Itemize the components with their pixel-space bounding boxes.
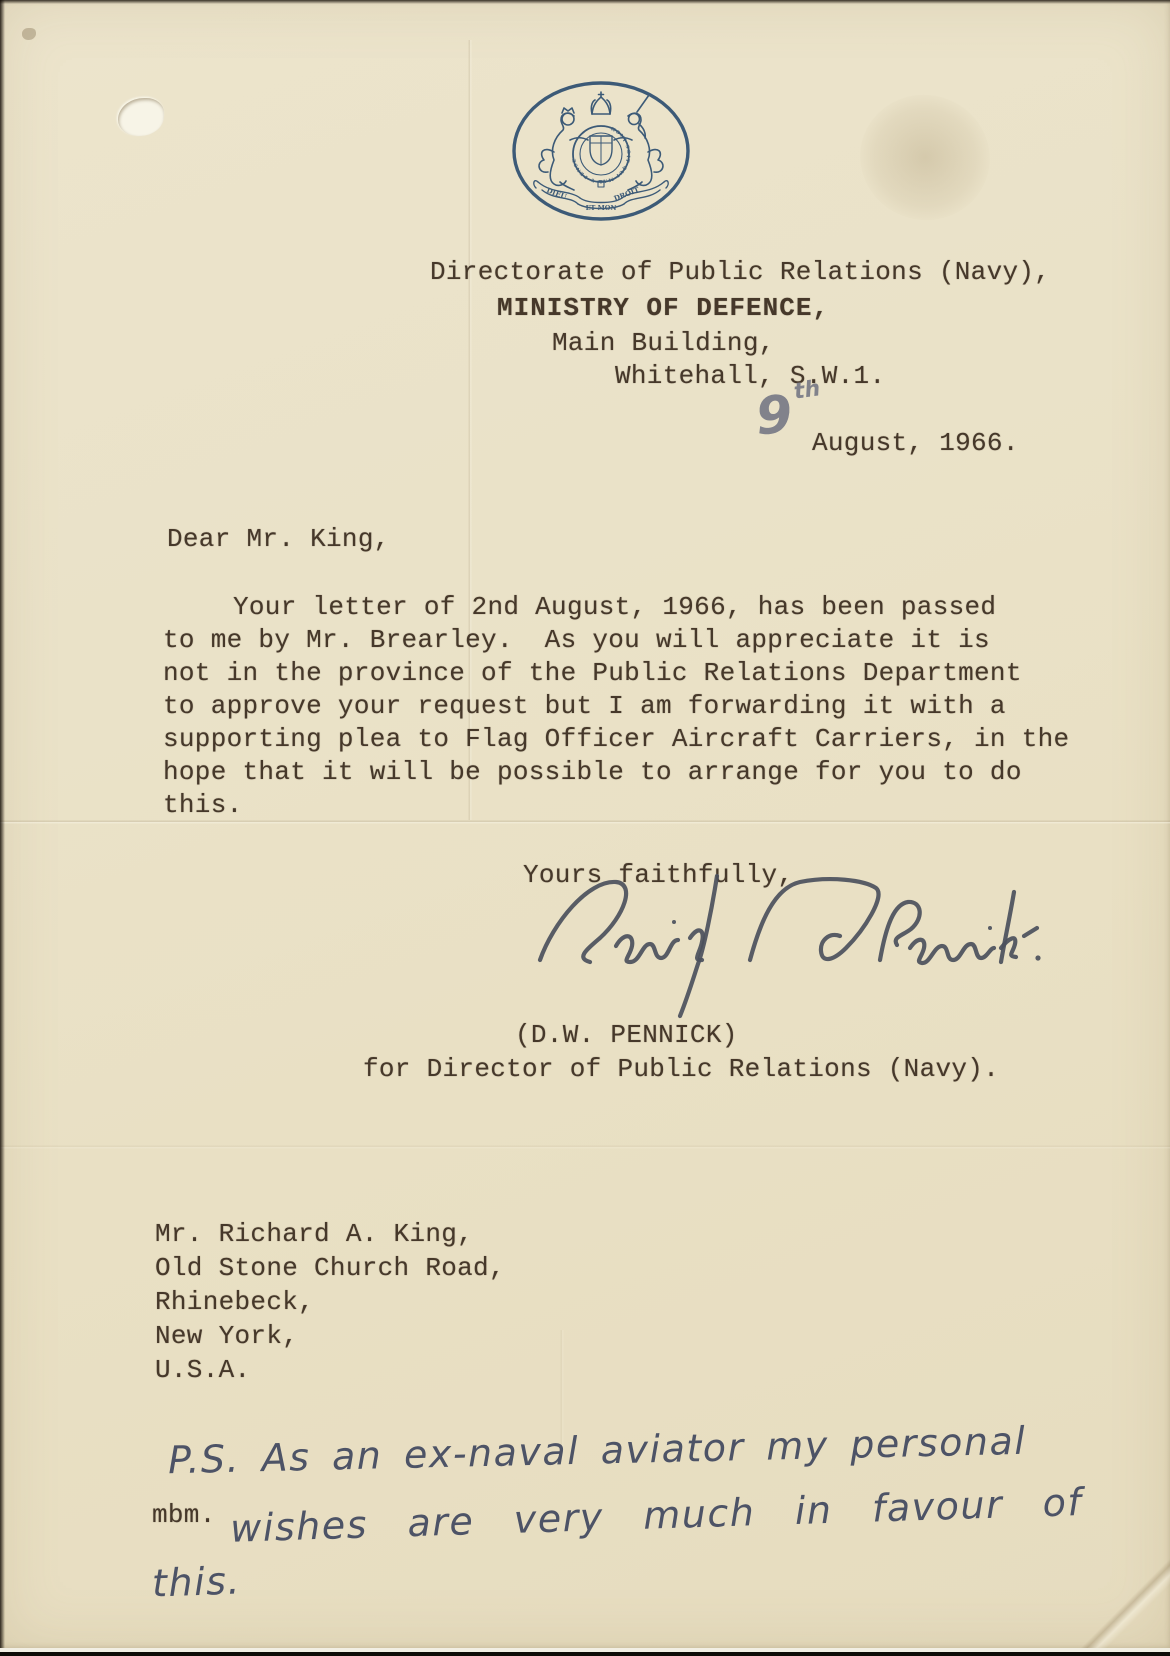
scan-edge-top xyxy=(0,0,1170,4)
recipient-line: U.S.A. xyxy=(155,1355,250,1385)
royal-coat-of-arms: HONI SOIT QUI MAL Y PENSE D xyxy=(508,78,694,224)
body-line: supporting plea to Flag Officer Aircraft… xyxy=(163,724,1069,754)
salutation: Dear Mr. King, xyxy=(167,524,390,554)
scanned-letter: HONI SOIT QUI MAL Y PENSE D xyxy=(0,0,1170,1656)
body-line: to me by Mr. Brearley. As you will appre… xyxy=(163,625,990,655)
typed-signer-name: (D.W. PENNICK) xyxy=(515,1020,738,1050)
faint-fold-crease xyxy=(0,1145,1170,1149)
letterhead-line-2: MINISTRY OF DEFENCE, xyxy=(497,293,829,323)
handwritten-day: 9 xyxy=(754,385,794,447)
horizontal-fold-crease xyxy=(0,820,1170,824)
corner-fold-crease xyxy=(1040,1530,1170,1656)
body-line: not in the province of the Public Relati… xyxy=(163,658,1022,688)
signer-title: for Director of Public Relations (Navy). xyxy=(363,1054,999,1084)
body-line: Your letter of 2nd August, 1966, has bee… xyxy=(233,592,996,622)
recipient-line: Old Stone Church Road, xyxy=(155,1253,505,1283)
body-line: this. xyxy=(163,790,243,820)
body-line: to approve your request but I am forward… xyxy=(163,691,1006,721)
crown-icon xyxy=(591,92,610,114)
motto-center: ET MON xyxy=(586,204,617,212)
typist-initials: mbm. xyxy=(152,1500,216,1530)
recipient-line: New York, xyxy=(155,1321,298,1351)
unicorn-icon xyxy=(614,95,663,190)
typed-date: August, 1966. xyxy=(812,428,1019,458)
postscript-line-3: this. xyxy=(151,1558,241,1605)
letterhead-line-1: Directorate of Public Relations (Navy), xyxy=(430,257,1050,287)
body-line: hope that it will be possible to arrange… xyxy=(163,757,1022,787)
letterhead-line-3: Main Building, xyxy=(552,328,775,358)
handwritten-day-suffix: th xyxy=(792,376,821,404)
scan-edge-bottom xyxy=(0,1652,1170,1656)
recipient-line: Mr. Richard A. King, xyxy=(155,1219,473,1249)
letterhead-line-4: Whitehall, S.W.1. xyxy=(615,361,885,391)
signature-david-w-pennick xyxy=(528,868,1043,1028)
scan-edge-left xyxy=(0,0,5,1648)
motto-right: DROIT xyxy=(612,185,641,203)
letter-paper xyxy=(0,0,1170,1648)
recipient-line: Rhinebeck, xyxy=(155,1287,314,1317)
motto-left: DIEU xyxy=(545,185,568,201)
